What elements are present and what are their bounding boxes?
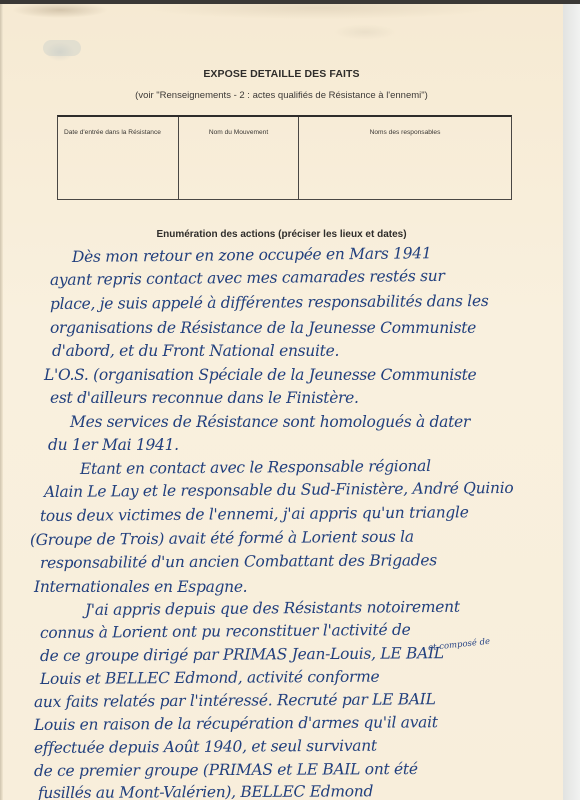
handwritten-line: aux faits relatés par l'intéressé. Recru…: [34, 690, 436, 711]
handwritten-line: place, je suis appelé à différentes resp…: [50, 292, 489, 313]
handwritten-line: du 1er Mai 1941.: [48, 436, 179, 454]
column-noms-responsables: Noms des responsables: [299, 117, 511, 199]
column-nom-mouvement: Nom du Mouvement: [179, 117, 299, 199]
scan-background-strip: [563, 4, 580, 800]
handwritten-signature-line: fusillés au Mont-Valérien), BELLEC Edmon…: [38, 782, 373, 800]
handwritten-line: responsabilité d'un ancien Combattant de…: [40, 551, 437, 572]
handwritten-line: organisations de Résistance de la Jeunes…: [50, 319, 476, 337]
handwritten-line: (Groupe de Trois) avait été formé à Lori…: [30, 528, 414, 549]
handwritten-line: Louis en raison de la récupération d'arm…: [34, 713, 438, 734]
handwritten-line: Internationales en Espagne.: [34, 578, 247, 596]
faded-stamp-mark: [43, 40, 81, 56]
paper-left-edge: [0, 4, 3, 800]
column-date-entree: Date d'entrée dans la Résistance: [58, 117, 179, 199]
handwritten-line: Louis et BELLEC Edmond, activité conform…: [40, 668, 380, 688]
document-subtitle: (voir "Renseignements - 2 : actes qualif…: [0, 90, 563, 101]
resistance-info-table: Date d'entrée dans la Résistance Nom du …: [57, 115, 512, 200]
handwritten-line: de ce premier groupe (PRIMAS et LE BAIL …: [34, 760, 418, 780]
handwritten-line: J'ai appris depuis que des Résistants no…: [85, 598, 460, 619]
handwritten-line: Mes services de Résistance sont homologu…: [70, 413, 470, 431]
handwritten-line: Etant en contact avec le Responsable rég…: [80, 457, 431, 478]
handwritten-line: connus à Lorient ont pu reconstituer l'a…: [40, 621, 411, 642]
handwritten-line: effectuée depuis Août 1940, et seul surv…: [34, 737, 377, 757]
handwritten-line: Dès mon retour en zone occupée en Mars 1…: [72, 244, 432, 266]
handwritten-line: de ce groupe dirigé par PRIMAS Jean-Loui…: [40, 644, 444, 665]
document-title: EXPOSE DETAILLE DES FAITS: [0, 68, 563, 80]
handwritten-line: d'abord, et du Front National ensuite.: [52, 342, 339, 360]
handwritten-line: est d'ailleurs reconnue dans le Finistèr…: [50, 389, 359, 407]
actions-section-heading: Enumération des actions (préciser les li…: [0, 229, 563, 240]
handwritten-line: L'O.S. (organisation Spéciale de la Jeun…: [44, 366, 476, 384]
handwritten-line: tous deux victimes de l'ennemi, j'ai app…: [40, 503, 469, 525]
